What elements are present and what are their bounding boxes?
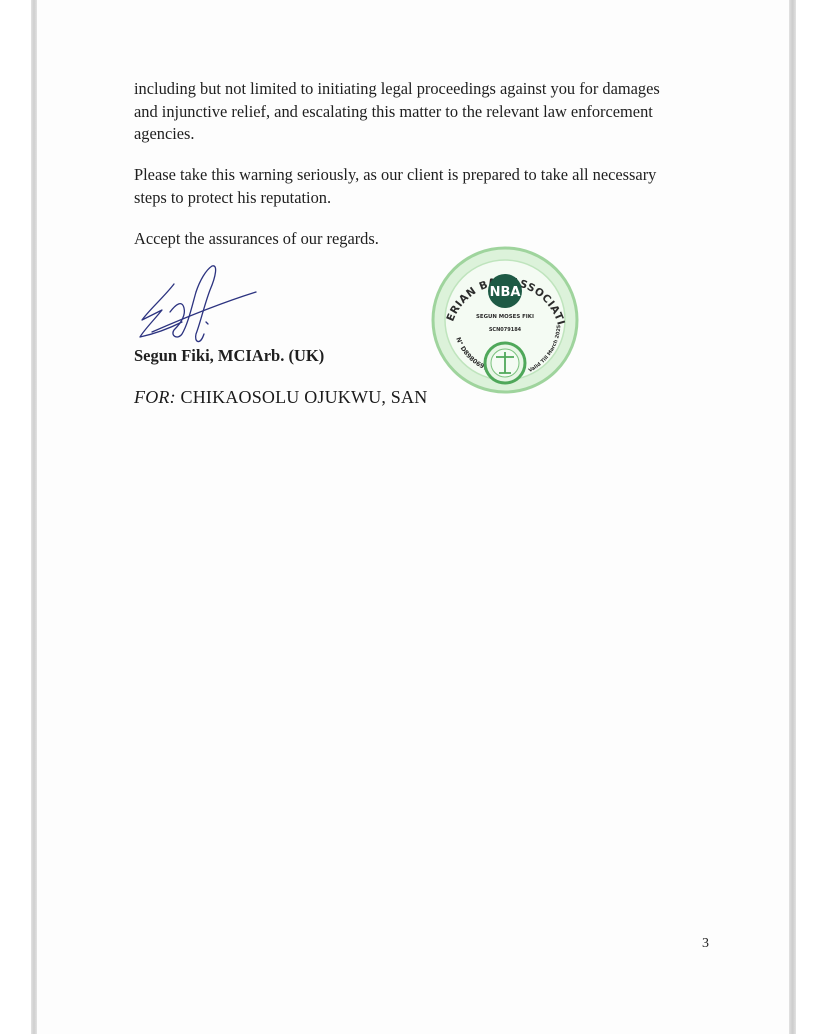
paragraph-legal-proceedings: including but not limited to initiating … bbox=[134, 78, 709, 146]
page-number: 3 bbox=[702, 936, 709, 952]
paragraph-closing: Accept the assurances of our regards. bbox=[134, 228, 709, 251]
paragraph-line: Accept the assurances of our regards. bbox=[134, 228, 709, 251]
paragraph-line: steps to protect his reputation. bbox=[134, 187, 709, 210]
paragraph-line: and injunctive relief, and escalating th… bbox=[134, 101, 709, 124]
seal-holder-name: SEGUN MOSES FIKI bbox=[476, 314, 534, 320]
nba-emblem-text: NBA bbox=[490, 285, 521, 300]
signatory-name: Segun Fiki, MCIArb. (UK) bbox=[134, 346, 324, 366]
handwritten-signature bbox=[134, 262, 264, 347]
paragraph-warning: Please take this warning seriously, as o… bbox=[134, 164, 709, 209]
for-line: FOR: CHIKAOSOLU OJUKWU, SAN bbox=[134, 387, 427, 408]
for-label: FOR: bbox=[134, 387, 176, 407]
paragraph-line: agencies. bbox=[134, 123, 709, 146]
document-page bbox=[37, 0, 789, 1034]
seal-holder-code: SCN079184 bbox=[489, 327, 522, 333]
paragraph-line: Please take this warning seriously, as o… bbox=[134, 164, 709, 187]
for-name: CHIKAOSOLU OJUKWU, SAN bbox=[181, 387, 428, 407]
scales-of-justice-icon bbox=[485, 343, 525, 383]
nba-seal: NIGERIAN BAR ASSOCIATION NBA SEGUN MOSES… bbox=[430, 245, 580, 395]
right-page-edge bbox=[789, 0, 796, 1034]
paragraph-line: including but not limited to initiating … bbox=[134, 78, 709, 101]
